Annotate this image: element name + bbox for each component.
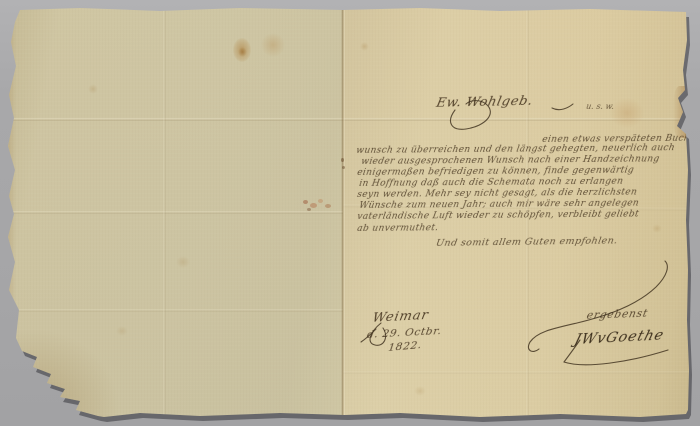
paper-edge-top bbox=[0, 0, 700, 7]
salutation-tail-flourish bbox=[552, 104, 573, 110]
ink-flourish-overlay bbox=[0, 0, 700, 426]
dateline-lead-stroke bbox=[361, 329, 376, 342]
salutation-flourish bbox=[451, 101, 491, 130]
letter-paper: Ew. Wohlgeb. u. s. w. einen etwas verspä… bbox=[0, 0, 700, 426]
photo-background: Ew. Wohlgeb. u. s. w. einen etwas verspä… bbox=[0, 0, 700, 426]
signature-underline bbox=[564, 350, 668, 365]
dateline-w-loop bbox=[370, 323, 386, 345]
signature-initial-stroke bbox=[564, 340, 580, 362]
signature-paraph bbox=[528, 261, 667, 351]
paper-edge-left bbox=[0, 0, 16, 426]
